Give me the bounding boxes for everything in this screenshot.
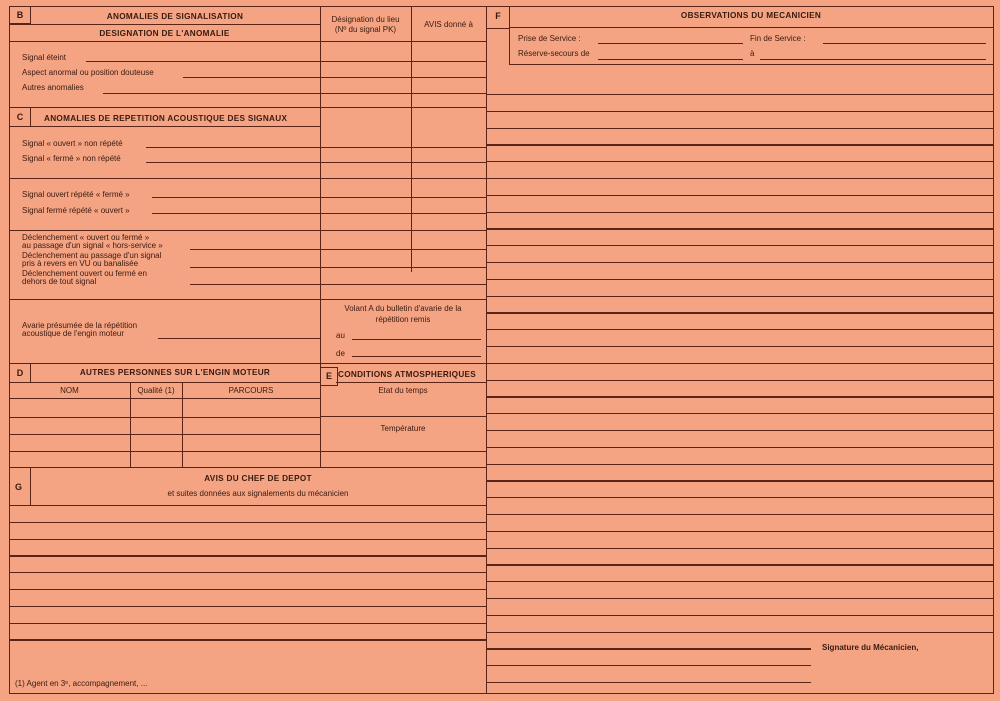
section-f-title: OBSERVATIONS DU MECANICIEN (509, 11, 993, 21)
fin-de-service-field[interactable] (823, 43, 986, 44)
ruled-line (486, 581, 993, 582)
anomaly-aspect-label: Aspect anormal ou position douteuse (22, 68, 154, 78)
ruled-line (486, 598, 993, 599)
ruled-line (486, 682, 811, 683)
de-label: de (336, 349, 345, 359)
a-field[interactable] (760, 59, 986, 60)
ruled-line (9, 522, 486, 523)
ruled-line (486, 665, 811, 666)
form-frame (9, 6, 994, 694)
anomaly-signal-eteint-label: Signal éteint (22, 53, 66, 63)
ruled-line (486, 632, 993, 633)
divider (9, 299, 486, 300)
column-lieu-header-sub: (Nº du signal PK) (320, 25, 411, 35)
ruled-line (486, 195, 993, 196)
ruled-line (486, 178, 993, 179)
declenchement-revers-field[interactable] (190, 267, 486, 268)
ruled-line (486, 111, 993, 112)
volant-a-label-sub: répétition remis (320, 315, 486, 325)
section-g-letter: G (15, 482, 22, 492)
signal-ferme-repete-ouvert-field[interactable] (152, 213, 486, 214)
declenchement-hors-service-label: Déclenchement « ouvert ou fermé »au pass… (22, 234, 163, 250)
ruled-line (486, 648, 811, 649)
column-avis-border (411, 6, 412, 272)
anomaly-signal-eteint-field[interactable] (86, 61, 486, 62)
volant-a-label: Volant A du bulletin d'avarie de la (320, 304, 486, 314)
column-nom: NOM (9, 386, 130, 396)
etat-du-temps-label: Etat du temps (320, 386, 486, 396)
divider (9, 107, 486, 108)
avarie-presumee-label: Avarie présumée de la répétitionacoustiq… (22, 322, 137, 338)
divider (30, 467, 31, 505)
divider-left-right (486, 6, 487, 693)
divider (336, 382, 486, 383)
section-g-subtitle: et suites données aux signalements du mé… (30, 489, 486, 499)
ruled-line (486, 447, 993, 448)
declenchement-hors-signal-label: Déclenchement ouvert ou fermé endehors d… (22, 270, 147, 286)
ruled-line (486, 245, 993, 246)
ruled-line (486, 346, 993, 347)
ruled-line (9, 606, 486, 607)
divider (9, 24, 320, 25)
fin-de-service-label: Fin de Service : (750, 34, 806, 44)
footnote: (1) Agent en 3ᵉ, accompagnement, ... (15, 679, 147, 689)
ruled-line (486, 380, 993, 381)
declenchement-revers-label: Déclenchement au passage d'un signalpris… (22, 252, 161, 268)
ruled-line (9, 639, 486, 640)
section-c-title: ANOMALIES DE REPETITION ACOUSTIQUE DES S… (44, 114, 287, 124)
ruled-line (9, 572, 486, 573)
section-d-letter: D (10, 364, 31, 383)
declenchement-hors-service-field[interactable] (190, 249, 486, 250)
de-field[interactable] (352, 356, 481, 357)
au-label: au (336, 331, 345, 341)
ruled-line (486, 548, 993, 549)
column-avis-header: AVIS donné à (411, 20, 486, 30)
signal-ouvert-repete-ferme-label: Signal ouvert répété « fermé » (22, 190, 130, 200)
ruled-line (9, 539, 486, 540)
column-lieu-border (320, 6, 321, 300)
section-e-title: CONDITIONS ATMOSPHERIQUES (338, 370, 476, 380)
divider (9, 230, 486, 231)
ruled-line (486, 514, 993, 515)
section-b-title: ANOMALIES DE SIGNALISATION (30, 12, 320, 22)
ruled-line (486, 161, 993, 162)
avarie-presumee-field[interactable] (158, 338, 320, 339)
reserve-secours-field[interactable] (598, 59, 743, 60)
section-c-letter: C (10, 108, 31, 127)
label-line: pris à revers en VU ou banalisée (22, 259, 138, 268)
signal-ferme-repete-ouvert-label: Signal fermé répété « ouvert » (22, 206, 130, 216)
divider (9, 41, 486, 42)
section-b-letter: B (10, 7, 31, 24)
ruled-line (486, 128, 993, 129)
signal-ferme-non-repete-field[interactable] (146, 162, 486, 163)
ruled-line (486, 296, 993, 297)
ruled-line (486, 329, 993, 330)
ruled-line (486, 564, 993, 565)
form-sheet: B ANOMALIES DE SIGNALISATION DESIGNATION… (0, 0, 1000, 701)
signal-ouvert-repete-ferme-field[interactable] (152, 197, 486, 198)
column-parcours: PARCOURS (182, 386, 320, 396)
section-f-letter: F (487, 7, 510, 29)
ruled-line (486, 144, 993, 145)
ruled-line (486, 480, 993, 481)
ruled-line (486, 94, 993, 95)
ruled-line (486, 212, 993, 213)
table-row[interactable] (9, 434, 320, 435)
divider (9, 363, 486, 364)
ruled-line (486, 228, 993, 229)
table-row[interactable] (9, 417, 320, 418)
table-row[interactable] (9, 451, 320, 452)
prise-de-service-label: Prise de Service : (518, 34, 581, 44)
divider (320, 451, 486, 452)
ruled-line (486, 363, 993, 364)
signal-ferme-non-repete-label: Signal « fermé » non répété (22, 154, 121, 164)
divider (9, 398, 320, 399)
label-line: acoustique de l'engin moteur (22, 329, 124, 338)
divider (30, 382, 320, 383)
anomaly-autres-label: Autres anomalies (22, 83, 84, 93)
signal-ouvert-non-repete-label: Signal « ouvert » non répété (22, 139, 123, 149)
ruled-line (486, 531, 993, 532)
label-line: dehors de tout signal (22, 277, 96, 286)
divider (9, 126, 320, 127)
ruled-line (486, 497, 993, 498)
label-line: au passage d'un signal « hors-service » (22, 241, 163, 250)
anomaly-autres-field[interactable] (103, 93, 486, 94)
anomaly-aspect-field[interactable] (183, 77, 486, 78)
declenchement-hors-signal-field[interactable] (190, 284, 486, 285)
section-g-title: AVIS DU CHEF DE DEPOT (30, 474, 486, 484)
ruled-line (9, 555, 486, 556)
ruled-line (486, 312, 993, 313)
ruled-line (486, 464, 993, 465)
divider (9, 505, 486, 506)
ruled-line (486, 413, 993, 414)
column-lieu-header: Désignation du lieu (320, 15, 411, 25)
ruled-line (9, 589, 486, 590)
ruled-line (486, 615, 993, 616)
au-field[interactable] (352, 339, 481, 340)
section-d-title: AUTRES PERSONNES SUR L'ENGIN MOTEUR (30, 368, 320, 378)
ruled-line (9, 623, 486, 624)
column-qualite: Qualité (1) (130, 386, 182, 396)
divider (320, 416, 486, 417)
prise-de-service-field[interactable] (598, 43, 743, 44)
divider (9, 467, 486, 468)
signature-label: Signature du Mécanicien, (822, 643, 918, 653)
ruled-line (486, 396, 993, 397)
signal-ouvert-non-repete-field[interactable] (146, 147, 486, 148)
section-b-subtitle: DESIGNATION DE L'ANOMALIE (9, 29, 320, 39)
temperature-label: Température (320, 424, 486, 434)
reserve-secours-label: Réserve-secours de (518, 49, 590, 59)
ruled-line (486, 279, 993, 280)
divider (9, 178, 486, 179)
ruled-line (486, 430, 993, 431)
ruled-line (486, 262, 993, 263)
a-label: à (750, 49, 754, 59)
